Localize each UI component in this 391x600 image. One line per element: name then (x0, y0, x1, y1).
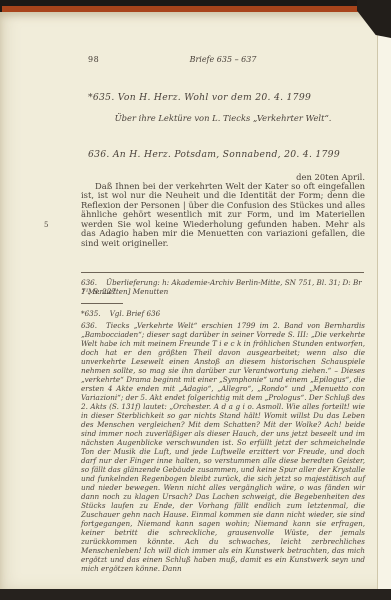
letter-636-body: Daß Ihnen bei der verkehrten Welt der Ka… (81, 182, 365, 248)
scanned-book-photo: 98 Briefe 635 – 637 *635. Von H. Herz. W… (0, 0, 391, 600)
apparatus-entry-636-label: 636. (81, 278, 97, 287)
running-head: Briefe 635 – 637 (81, 55, 365, 64)
letter-635-heading: *635. Von H. Herz. Wohl vor dem 20. 4. 1… (88, 92, 358, 103)
apparatus-variant-line: 7 Menuetten] Menutten (81, 287, 365, 296)
letter-635-summary: Über ihre Lektüre von L. Tiecks „Verkehr… (81, 113, 365, 123)
apparatus-note-635: *635.Vgl. Brief 636 (81, 309, 365, 318)
apparatus-note-635-label: *635. (81, 309, 101, 318)
book-page: 98 Briefe 635 – 637 *635. Von H. Herz. W… (0, 12, 391, 589)
letter-636-body-block: Daß Ihnen bei der verkehrten Welt der Ka… (81, 182, 365, 248)
letter-636-heading: 636. An H. Herz. Potsdam, Sonnabend, 20.… (88, 149, 358, 160)
page-fore-edge (377, 12, 391, 589)
running-head-row: 98 Briefe 635 – 637 (81, 55, 365, 67)
background-bottom-band (0, 589, 391, 600)
margin-line-number: 5 (44, 221, 48, 229)
apparatus-note-636: 636.Tiecks „Verkehrte Welt“ erschien 179… (81, 321, 365, 573)
apparatus-note-635-text: Vgl. Brief 636 (110, 309, 161, 318)
background-corner (357, 0, 391, 38)
apparatus-separator-rule (81, 272, 364, 273)
apparatus-note-636-label: 636. (81, 321, 97, 330)
apparatus-note-636-text: Tiecks „Verkehrte Welt“ erschien 1799 im… (81, 321, 365, 573)
footnote-separator-rule (81, 303, 123, 304)
